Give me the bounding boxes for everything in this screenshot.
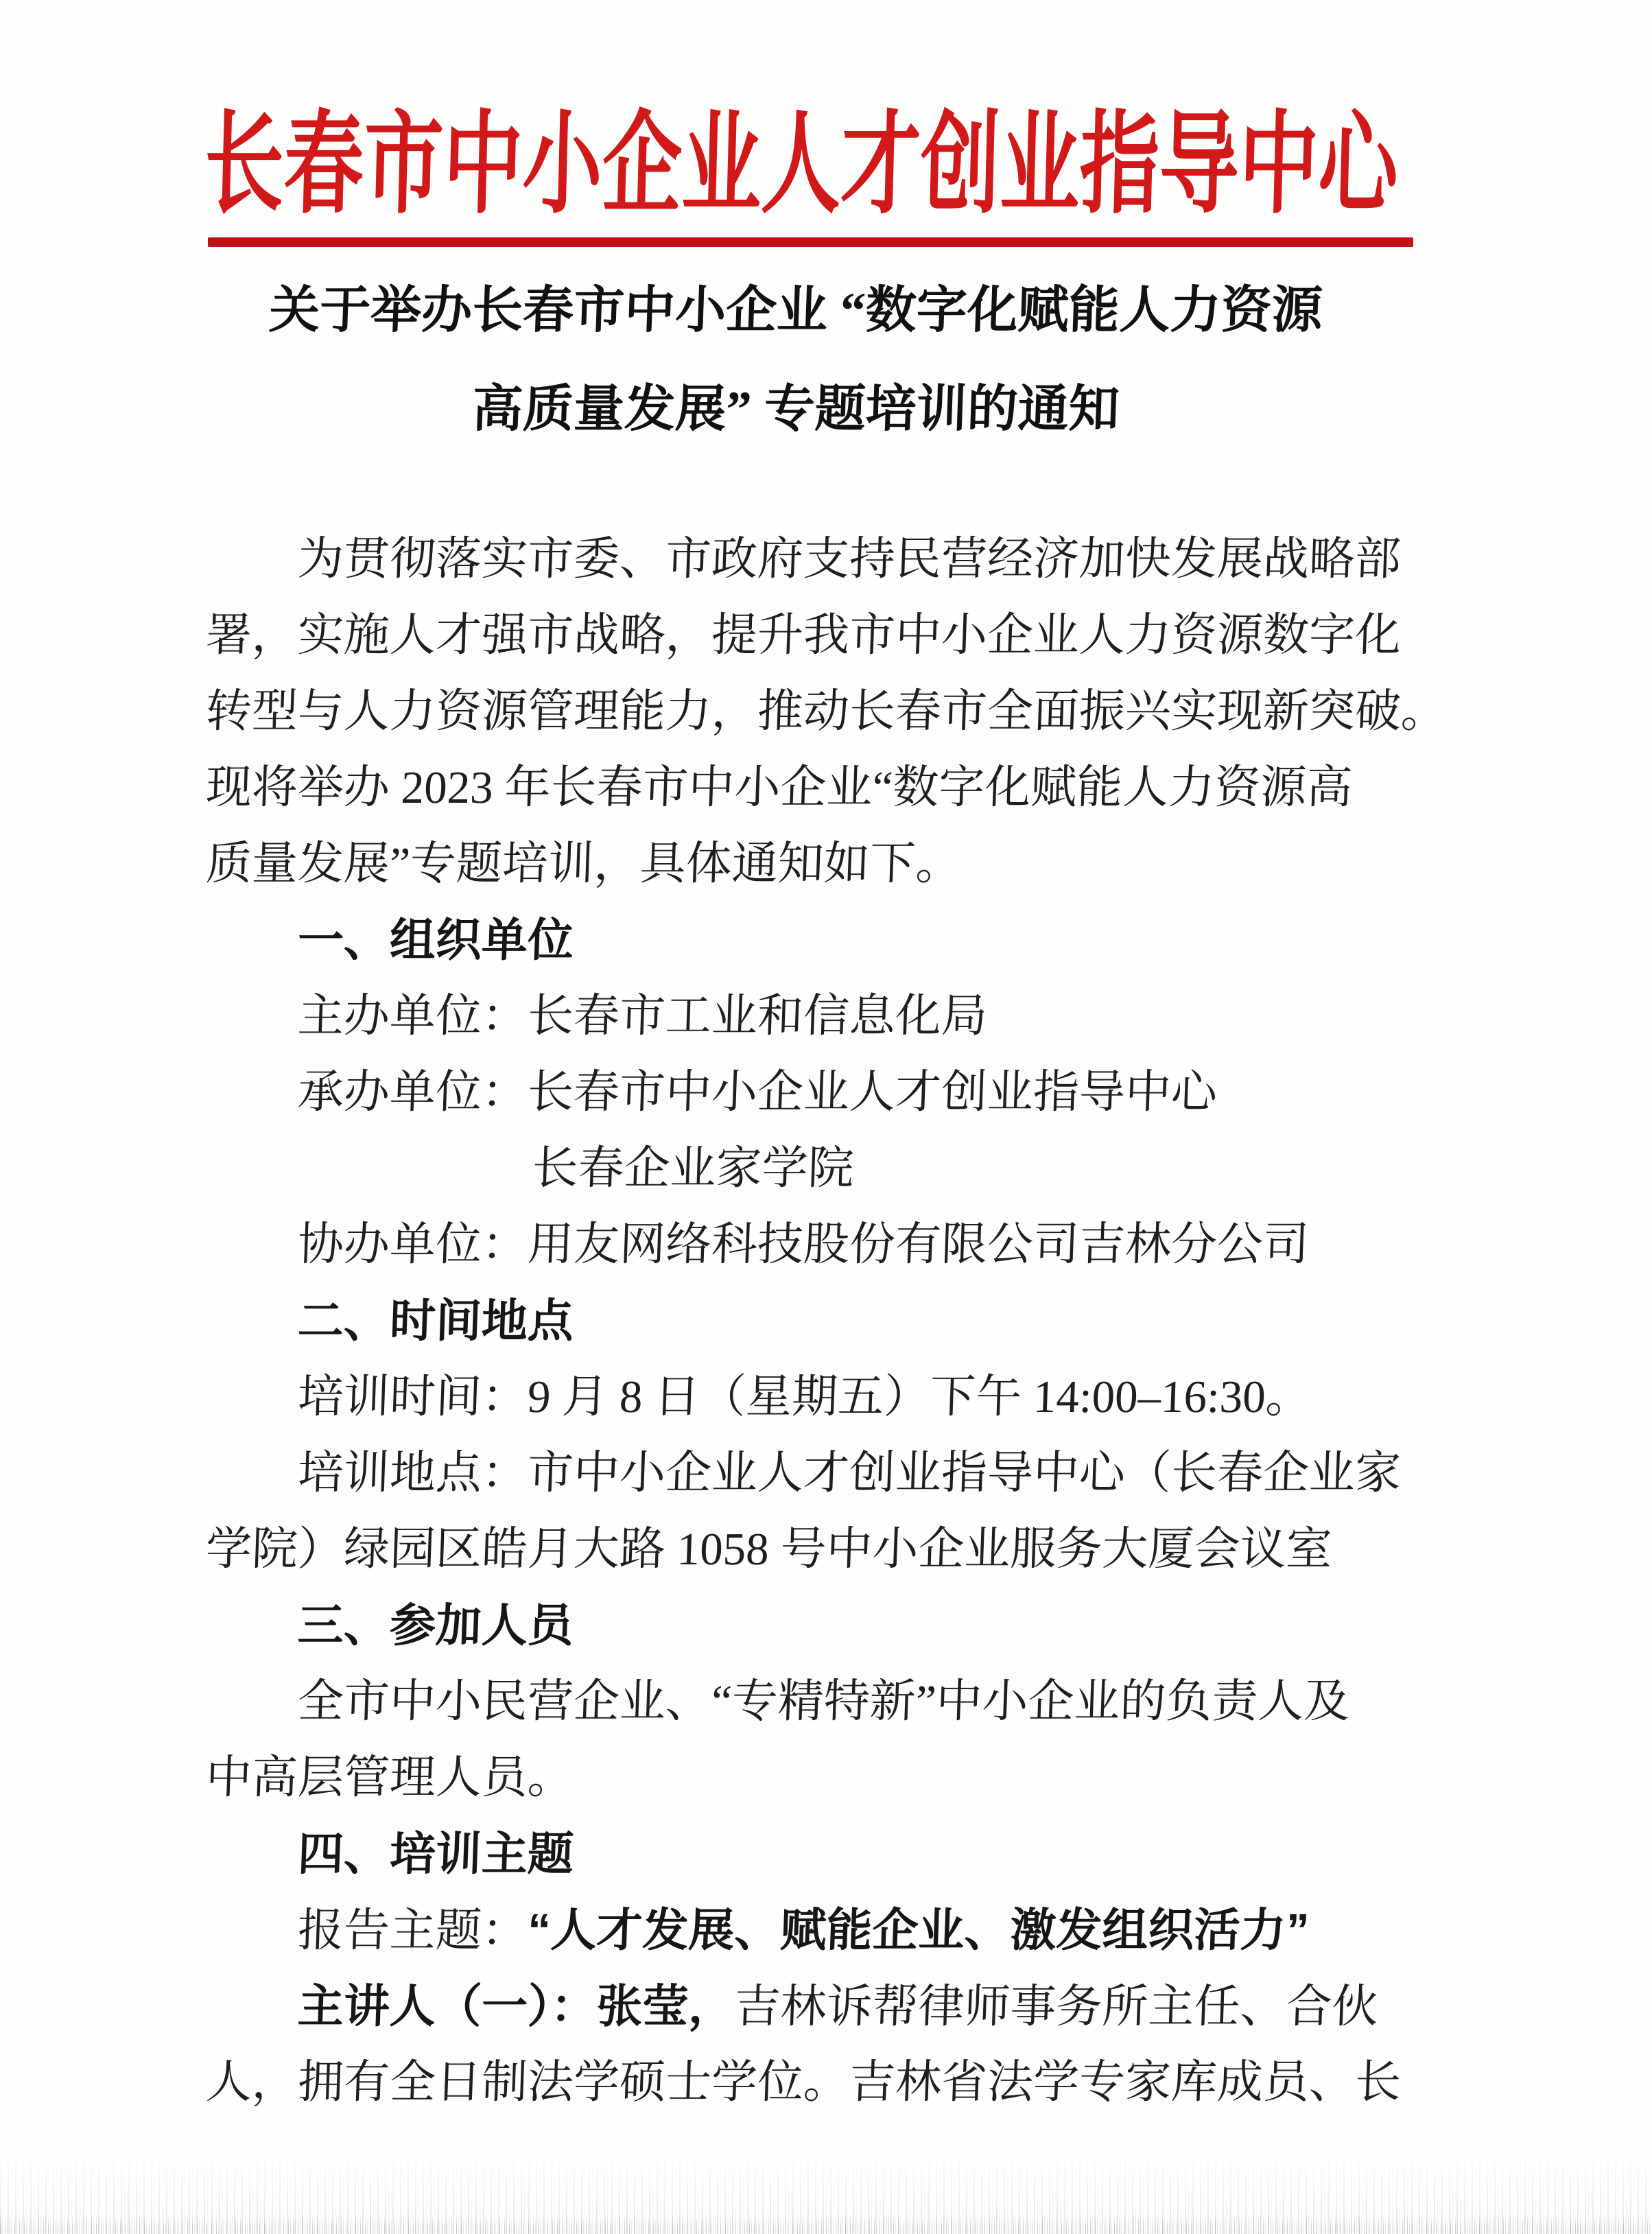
body-line: 全市中小民营企业、“专精特新”中小企业的负责人及 bbox=[204, 1664, 1442, 1740]
text-run: 学院）绿园区皓月大路 1058 号中小企业服务大厦会议室 bbox=[205, 1524, 1333, 1575]
text-run: 全市中小民营企业、“专精特新”中小企业的负责人及 bbox=[297, 1676, 1351, 1727]
scan-noise-bottom bbox=[0, 2152, 1652, 2234]
document-body: 为贯彻落实市委、市政府支持民营经济加快发展战略部署，实施人才强市战略，提升我市中… bbox=[206, 521, 1441, 2121]
body-line: 培训时间：9 月 8 日（星期五）下午 14:00–16:30。 bbox=[204, 1359, 1442, 1435]
body-line: 主讲人（一）：张莹，吉林诉帮律师事务所主任、合伙 bbox=[204, 1968, 1442, 2045]
text-run: 承办单位：长春市中小企业人才创业指导中心 bbox=[297, 1067, 1218, 1118]
body-line: 为贯彻落实市委、市政府支持民营经济加快发展战略部 bbox=[204, 521, 1442, 598]
body-line: 转型与人力资源管理能力，推动长春市全面振兴实现新突破。 bbox=[204, 674, 1442, 750]
letterhead-rule bbox=[208, 237, 1413, 247]
body-line: 四、培训主题 bbox=[204, 1816, 1442, 1892]
body-line: 长春企业家学院 bbox=[204, 1131, 1442, 1207]
body-line: 承办单位：长春市中小企业人才创业指导中心 bbox=[204, 1055, 1442, 1131]
text-run: 中高层管理人员。 bbox=[205, 1752, 575, 1803]
text-run: 协办单位：用友网络科技股份有限公司吉林分公司 bbox=[297, 1219, 1310, 1270]
section-heading: 三、参加人员 bbox=[297, 1600, 575, 1651]
body-line: 现将举办 2023 年长春市中小企业“数字化赋能人力资源高 bbox=[204, 750, 1442, 826]
body-line: 一、组织单位 bbox=[204, 902, 1442, 978]
text-run: 转型与人力资源管理能力，推动长春市全面振兴实现新突破。 bbox=[205, 686, 1448, 737]
text-run: “人才发展、赋能企业、激发组织活力” bbox=[527, 1905, 1310, 1956]
document-title-line-2: 高质量发展” 专题培训的通知 bbox=[0, 379, 1593, 440]
body-line: 协办单位：用友网络科技股份有限公司吉林分公司 bbox=[204, 1207, 1442, 1283]
section-heading: 一、组织单位 bbox=[297, 915, 575, 966]
body-line: 人，拥有全日制法学硕士学位。吉林省法学专家库成员、长 bbox=[204, 2045, 1442, 2121]
scanned-page: 长春市中小企业人才创业指导中心 关于举办长春市中小企业 “数字化赋能人力资源 高… bbox=[0, 0, 1652, 2234]
scan-noise-edge bbox=[0, 2215, 1652, 2234]
text-run: 人，拥有全日制法学硕士学位。吉林省法学专家库成员、长 bbox=[205, 2057, 1402, 2108]
text-run: 主讲人（一）：张莹， bbox=[297, 1981, 735, 2032]
document-title-line-1: 关于举办长春市中小企业 “数字化赋能人力资源 bbox=[0, 280, 1593, 342]
body-line: 质量发展”专题培训，具体通知如下。 bbox=[204, 826, 1442, 902]
text-run: 培训时间：9 月 8 日（星期五）下午 14:00–16:30。 bbox=[297, 1372, 1312, 1422]
text-run: 吉林诉帮律师事务所主任、合伙 bbox=[733, 1982, 1379, 2032]
text-run: 长春企业家学院 bbox=[531, 1143, 855, 1194]
body-line: 二、时间地点 bbox=[204, 1283, 1442, 1359]
text-run: 现将举办 2023 年长春市中小企业“数字化赋能人力资源高 bbox=[205, 762, 1354, 813]
text-run: 署，实施人才强市战略，提升我市中小企业人力资源数字化 bbox=[205, 610, 1402, 661]
text-run: 培训地点：市中小企业人才创业指导中心（长春企业家 bbox=[297, 1448, 1402, 1498]
text-run: 报告主题： bbox=[297, 1905, 529, 1956]
text-run: 为贯彻落实市委、市政府支持民营经济加快发展战略部 bbox=[297, 534, 1402, 585]
body-line: 培训地点：市中小企业人才创业指导中心（长春企业家 bbox=[204, 1435, 1442, 1512]
letterhead-title: 长春市中小企业人才创业指导中心 bbox=[203, 108, 1400, 224]
section-heading: 四、培训主题 bbox=[297, 1829, 575, 1880]
text-run: 主办单位：长春市工业和信息化局 bbox=[297, 991, 989, 1042]
section-heading: 二、时间地点 bbox=[297, 1295, 575, 1347]
body-line: 三、参加人员 bbox=[204, 1588, 1442, 1664]
body-line: 报告主题：“人才发展、赋能企业、激发组织活力” bbox=[204, 1892, 1442, 1968]
text-run: 质量发展”专题培训，具体通知如下。 bbox=[205, 838, 963, 889]
body-line: 中高层管理人员。 bbox=[204, 1740, 1442, 1816]
body-line: 署，实施人才强市战略，提升我市中小企业人力资源数字化 bbox=[204, 598, 1442, 674]
body-line: 主办单位：长春市工业和信息化局 bbox=[204, 978, 1442, 1055]
body-line: 学院）绿园区皓月大路 1058 号中小企业服务大厦会议室 bbox=[204, 1512, 1442, 1588]
